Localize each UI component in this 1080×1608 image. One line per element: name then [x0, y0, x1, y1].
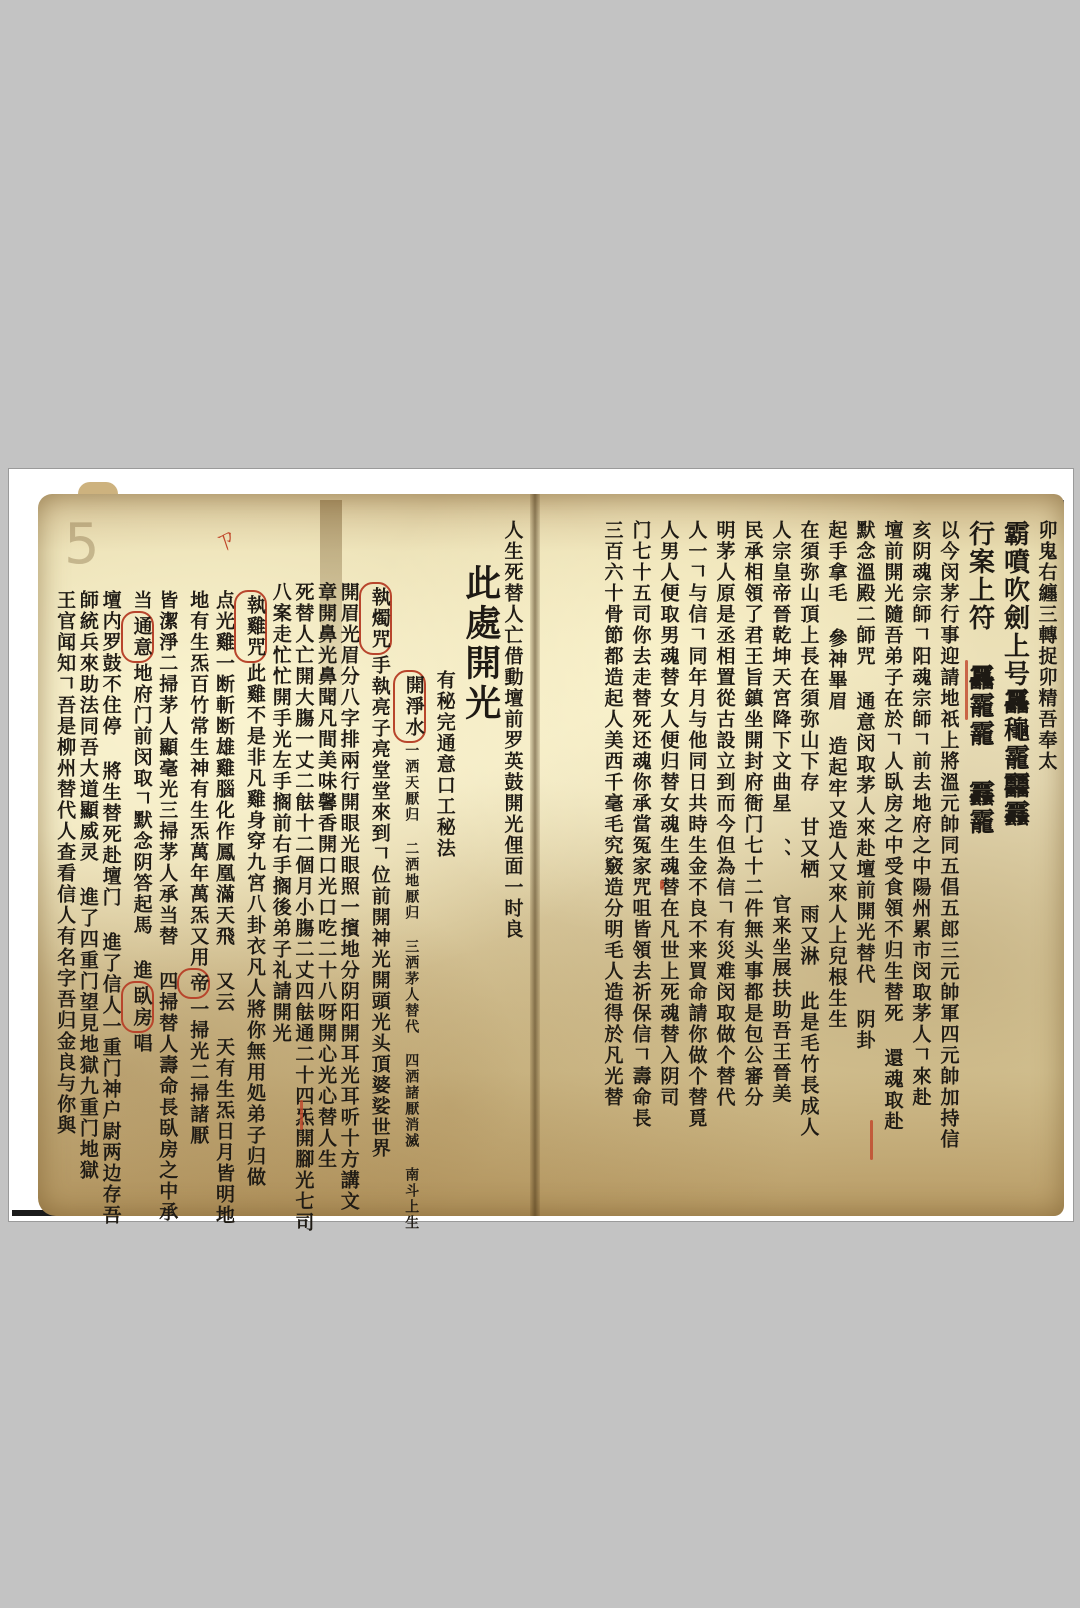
circled-char: 帝: [177, 968, 210, 999]
text-column: 一掃光二掃諸厭: [180, 999, 207, 1146]
right-page: 卯鬼右纏三轉捉卯精吾奉太 霸噴吹劍上号靐龝靇䨻䨺 行案上符 靐靇靇 䨺靇 以今闵…: [556, 520, 1056, 1200]
text-column: 手執亮子亮堂堂來到𠃍位前開神光開頭光头頂婆娑世界: [362, 655, 389, 1159]
text-column: 有秘完通意口工秘法: [427, 670, 454, 859]
text-column: 在須弥山頂上長在須弥山下存 甘又栖 雨又淋 此是毛竹長成人: [791, 520, 818, 1200]
text-column: 明茅人原是丞相置從古設立到而今但為信𠃍有災难闵取做个替代: [707, 520, 734, 1200]
text-column: 一洒天厭归 二洒地厭归 三洒茅人替代 四洒諸厭消滅 南斗上生: [400, 743, 418, 1231]
text-column: 章開鼻光鼻聞凡間美味馨香開口光口吃二十八呀開心光心替人生: [313, 582, 335, 1200]
column-group: 開淨水 一洒天厭归 二洒地厭归 三洒茅人替代 四洒諸厭消滅 南斗上生: [392, 670, 426, 1200]
text-column: 卯鬼右纏三轉捉卯精吾奉太: [1029, 520, 1056, 1200]
text-column: 霸噴吹劍上号靐龝靇䨻䨺: [994, 520, 1028, 1200]
text-column: 人男人便取男魂替女人便归替女魂生魂替在凡世上死魂替入阴司: [651, 520, 678, 1200]
circled-heading: 執雞咒: [234, 590, 267, 663]
text-column: 此雞不是非凡雞身穿九宮八卦衣凡人將你無用処弟子归做: [237, 663, 264, 1188]
text-column: 師統兵來助法同吾大道顯威灵 進了四重门望見地獄九重门地獄: [75, 590, 97, 1200]
column-group: 地有生炁百竹常生神有生炁萬年萬炁又用 帝 一掃光二掃諸厭: [177, 590, 211, 1200]
text-column: 人生死替人亡借動壇前罗英鼓開光俚面一时良: [500, 520, 522, 1200]
circled-heading: 臥房: [121, 981, 154, 1033]
text-column: 门七十五司你去走替死还魂你承當冤家咒咀皆領去祈保信𠃍壽命長: [623, 520, 650, 1200]
text-column: 以今闵茅行事迎請地祇上將溫元帥同五倡五郎三元帥軍四元帥加持信: [931, 520, 958, 1200]
circled-heading: 開淨水: [393, 670, 426, 743]
text-column: 八案走忙忙開手光左手搁前右手搁後弟子礼請開光: [268, 582, 290, 1200]
column-group: 有秘完通意口工秘法: [426, 520, 454, 1200]
column-group: 当 通意 地府门前闵取𠃍默念阴答起馬 進 臥房 唱: [120, 590, 154, 1200]
text-column: 壇前開光隨吾弟子在於𠃍人臥房之中受食領不归生替死 還魂取赴: [875, 520, 902, 1200]
text-column: 地有生炁百竹常生神有生炁萬年萬炁又用: [180, 590, 207, 968]
title-block: 此處開光: [454, 520, 499, 1200]
text-column: 王官闻知𠃍吾是柳州替代人查看信人有名字吾归金良与你與: [52, 590, 74, 1200]
red-annotation-line: [870, 1120, 873, 1160]
text-column: 点光雞一断斬断雄雞腦化作鳳凰滿天飛 又云 天有生炁日月皆明地: [211, 590, 233, 1200]
book-gutter-fold: [530, 494, 540, 1216]
text-column: 三百六十骨節都造起人美西千毫毛究竅造分明毛人造得於凡光替: [595, 520, 622, 1200]
text-column: 開眉光眉分八字排兩行開眼光眼照一擯地分阴阳開耳光耳听十方講文: [336, 582, 358, 1200]
text-column: 亥阴魂宗師𠃍阳魂宗師𠃍前去地府之中陽州累市闵取茅人𠃍來赴: [903, 520, 930, 1200]
text-column: 民承相領了君王旨鎮坐開封府衙门七十二件無头事都是包公審分: [735, 520, 762, 1200]
red-dot: [660, 880, 664, 890]
text-column: 行案上符 靐靇靇 䨺靇: [959, 520, 993, 1200]
red-annotation-line: [965, 660, 968, 720]
text-column: 当: [124, 590, 151, 611]
circled-heading: 通意: [121, 611, 154, 663]
text-column: 皆潔淨二掃茅人顯毫光三掃茅人承当替 四掃替人壽命長臥房之中承: [155, 590, 177, 1200]
text-column: 壇内罗鼓不住停 將生替死赴壇门 進了信人一重门神户尉两边存吾: [98, 590, 120, 1200]
text-column: 唱: [124, 1033, 151, 1054]
left-page: 人生死替人亡借動壇前罗英鼓開光俚面一时良 此處開光 有秘完通意口工秘法 開淨水 …: [52, 520, 522, 1200]
column-group: 執燭咒 手執亮子亮堂堂來到𠃍位前開神光開頭光头頂婆娑世界: [358, 582, 392, 1200]
text-column: 人宗皇帝晉乾坤天宮降下文曲星 、、 官来坐展扶助吾王晉美: [763, 520, 790, 1200]
text-column: 起手拿毛 參神畢眉 造起牢又造人又來人上兒根生生: [819, 520, 846, 1200]
text-column: 地府门前闵取𠃍默念阴答起馬 進: [124, 663, 151, 981]
section-title: 此處開光: [455, 564, 499, 724]
text-column: 默念溫殿二師咒 通意闵取茅人來赴壇前開光替代 阴卦: [847, 520, 874, 1200]
red-annotation-line: [300, 1100, 303, 1130]
text-column: 人一𠃍与信𠃍同年月与他同日共時生金不良不来買命請你做个替覓: [679, 520, 706, 1200]
circled-heading: 執燭咒: [359, 582, 392, 655]
column-group: 執雞咒 此雞不是非凡雞身穿九宮八卦衣凡人將你無用処弟子归做: [233, 590, 267, 1200]
